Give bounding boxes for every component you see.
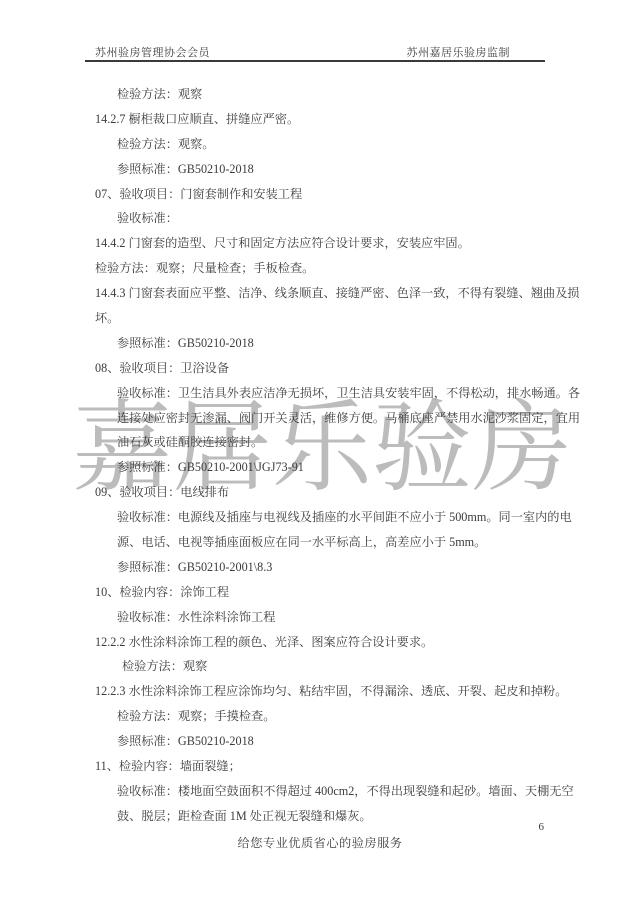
header-rule (85, 60, 545, 62)
document-body: 检验方法：观察14.2.7 橱柜裁口应顺直、拼缝应严密。检验方法：观察。参照标准… (95, 82, 555, 829)
body-line: 验收标准：楼地面空鼓面积不得超过 400cm2，不得出现裂缝和起砂。墙面、天棚无… (95, 779, 555, 804)
footer-slogan: 给您专业优质省心的验房服务 (0, 834, 640, 851)
body-line: 检验方法：观察；手摸检查。 (95, 704, 555, 729)
body-line: 检验方法：观察。 (95, 132, 555, 157)
body-line: 验收标准： (95, 206, 555, 231)
header-right-text: 苏州嘉居乐验房监制 (407, 44, 511, 60)
body-line: 09、验收项目：电线排布 (95, 480, 555, 505)
body-line: 参照标准：GB50210-2018 (95, 729, 555, 754)
body-line: 参照标准：GB50210-2018 (95, 331, 555, 356)
body-line: 检验方法：观察 (95, 654, 555, 679)
body-line: 12.2.2 水性涂料涂饰工程的颜色、光泽、图案应符合设计要求。 (95, 630, 555, 655)
body-line: 检验方法：观察；尺量检查；手板检查。 (95, 256, 555, 281)
body-line: 油石灰或硅酮胶连接密封。 (95, 430, 555, 455)
header-left-text: 苏州验房管理协会会员 (95, 44, 210, 60)
body-line: 源、电话、电视等插座面板应在同一水平标高上，高差应小于 5mm。 (95, 530, 555, 555)
body-line: 验收标准：电源线及插座与电视线及插座的水平间距不应小于 500mm。同一室内的电 (95, 505, 555, 530)
body-line: 验收标准：水性涂料涂饰工程 (95, 605, 555, 630)
page-header: 苏州验房管理协会会员 苏州嘉居乐验房监制 (95, 44, 545, 60)
body-line: 检验方法：观察 (95, 82, 555, 107)
page-number: 6 (539, 821, 545, 833)
body-line: 08、验收项目：卫浴设备 (95, 356, 555, 381)
body-line: 参照标准：GB50210-2001\JGJ73-91 (95, 455, 555, 480)
body-line: 参照标准：GB50210-2018 (95, 157, 555, 182)
body-line: 鼓、脱层；距检查面 1M 处正视无裂缝和爆灰。 (95, 804, 555, 829)
body-line: 14.2.7 橱柜裁口应顺直、拼缝应严密。 (95, 107, 555, 132)
body-line: 验收标准：卫生洁具外表应洁净无损坏，卫生洁具安装牢固，不得松动，排水畅通。各 (95, 381, 555, 406)
body-line: 坏。 (95, 306, 555, 331)
body-line: 10、检验内容：涂饰工程 (95, 580, 555, 605)
body-line: 连接处应密封无渗漏、阀门开关灵活，维修方便。马桶底座严禁用水泥沙浆固定，宜用 (95, 406, 555, 431)
body-line: 14.4.2 门窗套的造型、尺寸和固定方法应符合设计要求，安装应牢固。 (95, 231, 555, 256)
body-line: 12.2.3 水性涂料涂饰工程应涂饰均匀、粘结牢固，不得漏涂、透底、开裂、起皮和… (95, 679, 555, 704)
body-line: 07、验收项目：门窗套制作和安装工程 (95, 182, 555, 207)
body-line: 参照标准：GB50210-2001\8.3 (95, 555, 555, 580)
document-page: 苏州验房管理协会会员 苏州嘉居乐验房监制 嘉居乐验房 检验方法：观察14.2.7… (0, 0, 640, 905)
body-line: 11、检验内容：墙面裂缝； (95, 754, 555, 779)
body-line: 14.4.3 门窗套表面应平整、洁净、线条顺直、接缝严密、色泽一致，不得有裂缝、… (95, 281, 555, 306)
